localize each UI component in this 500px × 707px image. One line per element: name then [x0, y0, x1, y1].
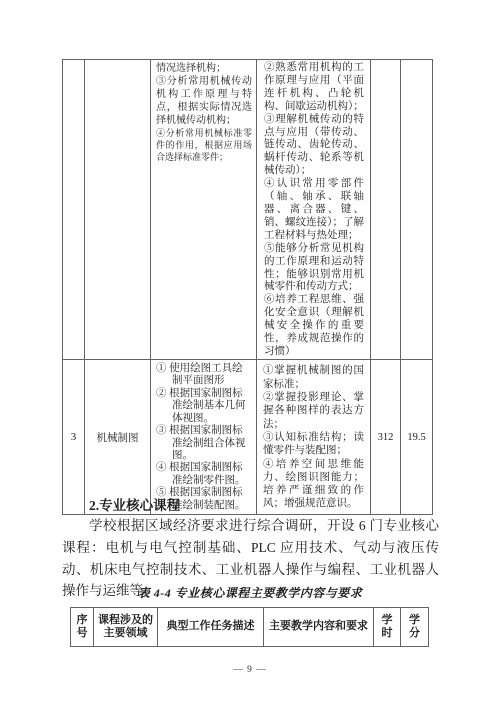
header-label: 序号 — [76, 614, 88, 641]
hours-value: 312 — [378, 432, 394, 443]
header-label: 典型工作任务描述 — [167, 620, 255, 632]
domain-value: 机械制图 — [97, 433, 139, 444]
header-label: 学时 — [381, 614, 393, 641]
requirement-item: ③理解机械传动的特点与应用（带传动、链传动、齿轮传动、蜗杆传动、轮系等机械传动）… — [264, 114, 364, 179]
table-row-continuation: 情况选择机构； ③分析常用机械传动机构工作原理与特点，根据实际情况选择机械传动机… — [63, 60, 433, 360]
requirement-item: ④认识常用零部件（轴、轴承、联轴器、离合器、键、销、螺纹连接）；了解工程材料与热… — [264, 178, 364, 243]
task-item: ④ 根据国家制图标准绘制零件图。 — [156, 462, 253, 487]
credits-cell: 19.5 — [401, 359, 433, 514]
task-item: ③分析常用机械传动机构工作原理与特点，根据实际情况选择机械传动机构； — [156, 75, 252, 127]
requirement-item: ②掌握投影理论、掌握各种图样的表达方法； — [263, 391, 364, 431]
task-item: ③ 根据国家制图标准绘制组合体视图。 — [156, 425, 253, 462]
header-domain: 课程涉及的主要领域 — [94, 608, 158, 647]
hours-cell — [371, 60, 401, 360]
requirement-item: ②熟悉常用机构的工作原理与应用（平面连杆机构、凸轮机构、间歇运动机构）； — [264, 62, 364, 114]
header-tasks: 典型工作任务描述 — [158, 608, 264, 647]
domain-cell — [85, 60, 151, 360]
tasks-cell: ① 使用绘图工具绘制平面图形 ② 根据国家制图标准绘制基本几何体视图。 ③ 根据… — [151, 359, 257, 514]
document-page: 情况选择机构； ③分析常用机械传动机构工作原理与特点，根据实际情况选择机械传动机… — [0, 0, 500, 707]
requirement-item: ③认知标准结构；读懂零件与装配图； — [263, 431, 364, 458]
seq-cell: 3 — [63, 359, 85, 514]
table-row-mechanical-drawing: 3 机械制图 ① 使用绘图工具绘制平面图形 ② 根据国家制图标准绘制基本几何体视… — [63, 359, 433, 514]
header-credits: 学分 — [401, 608, 429, 647]
header-label: 学分 — [409, 614, 421, 641]
credits-value: 19.5 — [407, 432, 425, 443]
requirement-item: ④培养空间思维能力、绘图识图能力；培养严谨细致的作风；增强规范意识。 — [263, 458, 364, 511]
header-hours: 学时 — [374, 608, 401, 647]
header-label: 课程涉及的主要领域 — [98, 614, 153, 640]
header-requirements: 主要教学内容和要求 — [264, 608, 374, 647]
requirements-cell: ②熟悉常用机构的工作原理与应用（平面连杆机构、凸轮机构、间歇运动机构）； ③理解… — [257, 60, 371, 360]
table-caption: 表 4-4 专业核心课程主要教学内容与要求 — [0, 584, 500, 601]
task-item: ① 使用绘图工具绘制平面图形 — [156, 363, 253, 388]
header-label: 主要教学内容和要求 — [269, 620, 368, 632]
section-heading: 2.专业核心课程 — [89, 494, 180, 514]
continued-course-table: 情况选择机构； ③分析常用机械传动机构工作原理与特点，根据实际情况选择机械传动机… — [62, 59, 433, 515]
requirements-cell: ①掌握机械制图的国家标准； ②掌握投影理论、掌握各种图样的表达方法； ③认知标准… — [257, 359, 371, 514]
seq-value: 3 — [71, 431, 77, 443]
requirement-item: ⑤能够分析常见机构的工作原理和运动特性；能够识别常用机械零件和传动方式； — [264, 243, 364, 295]
seq-cell — [63, 60, 85, 360]
header-seq: 序号 — [71, 608, 94, 647]
page-number: — 9 — — [0, 665, 500, 675]
task-item: 情况选择机构； — [156, 62, 252, 75]
hours-cell: 312 — [371, 359, 401, 514]
task-item: ④分析常用机械标准零件的作用，根据应用场合选择标准零件； — [156, 127, 252, 163]
header-row: 序号 课程涉及的主要领域 典型工作任务描述 主要教学内容和要求 学时 学分 — [71, 608, 429, 647]
core-course-table: 序号 课程涉及的主要领域 典型工作任务描述 主要教学内容和要求 学时 学分 — [70, 607, 429, 647]
tasks-cell: 情况选择机构； ③分析常用机械传动机构工作原理与特点，根据实际情况选择机械传动机… — [151, 60, 257, 360]
requirement-item: ①掌握机械制图的国家标准； — [263, 364, 364, 391]
credits-cell — [401, 60, 433, 360]
requirement-item: ⑥培养工程思维、强化安全意识（理解机械安全操作的重要性，养成规范操作的习惯） — [264, 294, 364, 359]
domain-cell: 机械制图 — [85, 359, 151, 514]
task-item: ② 根据国家制图标准绘制基本几何体视图。 — [156, 388, 253, 425]
